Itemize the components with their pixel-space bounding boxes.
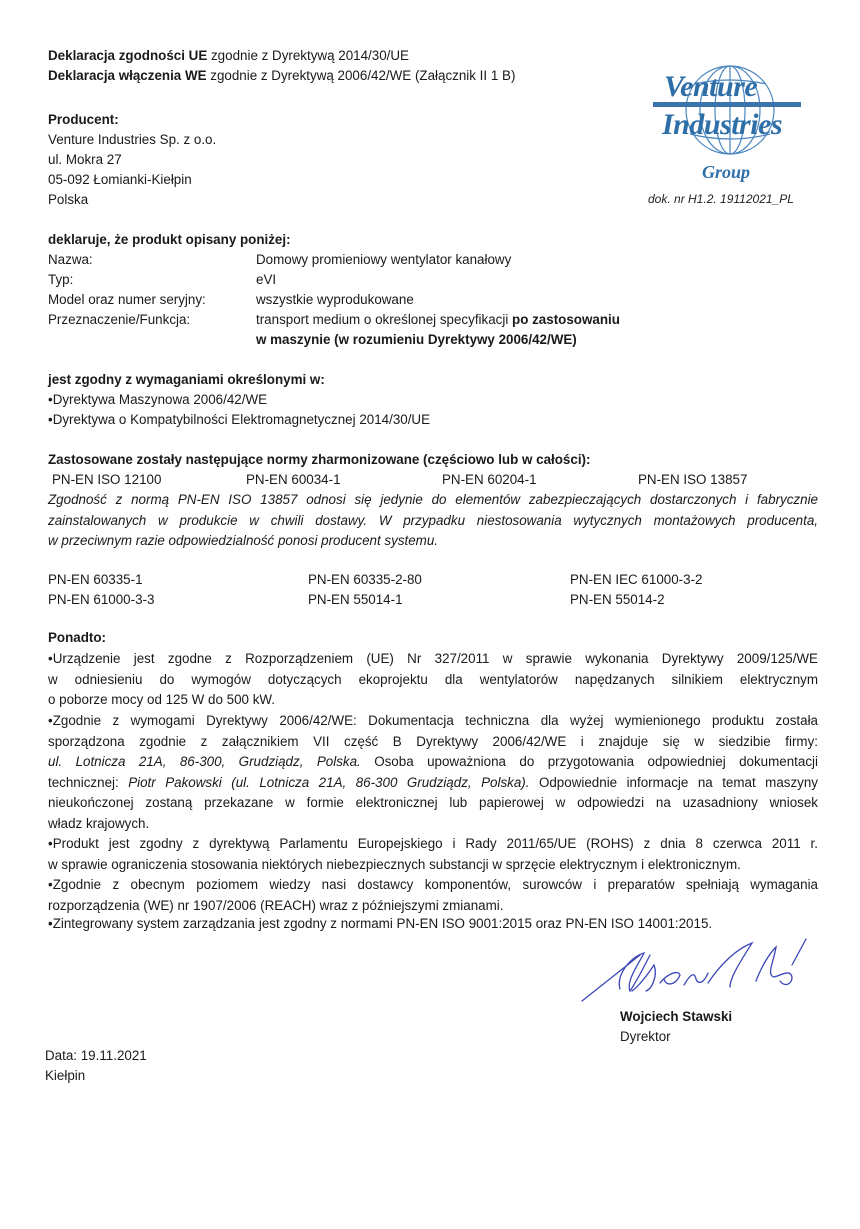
standard-60335-1: PN-EN 60335-1 <box>48 570 143 590</box>
standards-note-line: zainstalowanych w produkcie w chwili dos… <box>48 511 818 532</box>
standard-55014-1: PN-EN 55014-1 <box>308 590 403 610</box>
logo-word-venture: Venture <box>664 70 757 104</box>
paragraph-line: sporządzona zgodnie z załącznikiem VII c… <box>48 732 818 753</box>
standard-60335-2-80: PN-EN 60335-2-80 <box>308 570 422 590</box>
paragraph-line: ul. Lotnicza 21A, 86-300, Grudziądz, Pol… <box>48 752 818 773</box>
producer-name: Venture Industries Sp. z o.o. <box>48 130 216 150</box>
rohs-paragraph: •Produkt jest zgodny z dyrektywą Parlame… <box>48 834 818 875</box>
standard-60204-1: PN-EN 60204-1 <box>442 470 537 490</box>
company-logo: Venture Industries Group <box>650 62 810 192</box>
declaration-title-we-bold: Deklaracja włączenia WE <box>48 68 207 83</box>
producer-city: 05-092 Łomianki-Kiełpin <box>48 170 192 190</box>
declaration-title-eu-bold: Deklaracja zgodności UE <box>48 48 207 63</box>
compliance-heading: jest zgodny z wymaganiami określonymi w: <box>48 370 325 390</box>
paragraph-text: Osoba upoważniona do przygotowania odpow… <box>361 754 818 769</box>
declaration-title-eu-rest: zgodnie z Dyrektywą 2014/30/UE <box>207 48 409 63</box>
producer-country: Polska <box>48 190 88 210</box>
additional-heading: Ponadto: <box>48 628 106 648</box>
paragraph-line: rozporządzenia (WE) nr 1907/2006 (REACH)… <box>48 896 818 917</box>
field-label-type: Typ: <box>48 270 73 290</box>
field-value-name: Domowy promieniowy wentylator kanałowy <box>256 250 511 270</box>
product-heading: deklaruje, że produkt opisany poniżej: <box>48 230 291 250</box>
document-place: Kiełpin <box>45 1066 85 1086</box>
standard-iso-12100: PN-EN ISO 12100 <box>52 470 161 490</box>
paragraph-line: w odniesieniu do wymogów dotyczących eko… <box>48 670 818 691</box>
producer-street: ul. Mokra 27 <box>48 150 122 170</box>
compliance-item-machinery: •Dyrektywa Maszynowa 2006/42/WE <box>48 390 267 410</box>
paragraph-line: nieukończonej zostaną przekazane w formi… <box>48 793 818 814</box>
standard-iec-61000-3-2: PN-EN IEC 61000-3-2 <box>570 570 702 590</box>
paragraph-line: w sprawie ograniczenia stosowania niektó… <box>48 855 818 876</box>
paragraph-text: Odpowiednie informacje na temat maszyny <box>529 775 818 790</box>
technical-documentation-paragraph: •Zgodnie z wymogami Dyrektywy 2006/42/WE… <box>48 711 818 834</box>
iso-management-paragraph: •Zintegrowany system zarządzania jest zg… <box>48 914 712 934</box>
signatory-name: Wojciech Stawski <box>620 1007 732 1027</box>
producer-heading: Producent: <box>48 110 119 130</box>
declaration-title-eu: Deklaracja zgodności UE zgodnie z Dyrekt… <box>48 46 409 66</box>
document-date: Data: 19.11.2021 <box>45 1046 147 1066</box>
paragraph-line: •Produkt jest zgodny z dyrektywą Parlame… <box>48 834 818 855</box>
declaration-title-we-rest: zgodnie z Dyrektywą 2006/42/WE (Załączni… <box>207 68 516 83</box>
standard-55014-2: PN-EN 55014-2 <box>570 590 665 610</box>
authorized-person: Piotr Pakowski (ul. Lotnicza 21A, 86-300… <box>128 775 529 790</box>
field-value-type: eVI <box>256 270 276 290</box>
field-value-model: wszystkie wyprodukowane <box>256 290 414 310</box>
compliance-item-emc: •Dyrektywa o Kompatybilności Elektromagn… <box>48 410 430 430</box>
paragraph-line: •Urządzenie jest zgodne z Rozporządzenie… <box>48 649 818 670</box>
standard-60034-1: PN-EN 60034-1 <box>246 470 341 490</box>
field-label-name: Nazwa: <box>48 250 93 270</box>
paragraph-line: technicznej: Piotr Pakowski (ul. Lotnicz… <box>48 773 818 794</box>
declaration-title-we: Deklaracja włączenia WE zgodnie z Dyrekt… <box>48 66 515 86</box>
field-value-purpose-line2: w maszynie (w rozumieniu Dyrektywy 2006/… <box>256 330 577 350</box>
standards-note: Zgodność z normą PN-EN ISO 13857 odnosi … <box>48 490 818 552</box>
logo-word-industries: Industries <box>662 108 782 142</box>
paragraph-text: technicznej: <box>48 775 128 790</box>
reach-paragraph: •Zgodnie z obecnym poziomem wiedzy nasi … <box>48 875 818 916</box>
standards-heading: Zastosowane zostały następujące normy zh… <box>48 450 590 470</box>
document-number: dok. nr H1.2. 19112021_PL <box>648 192 794 206</box>
field-label-purpose: Przeznaczenie/Funkcja: <box>48 310 190 330</box>
standard-iso-13857: PN-EN ISO 13857 <box>638 470 747 490</box>
purpose-text: transport medium o określonej specyfikac… <box>256 312 512 327</box>
paragraph-line: •Zgodnie z wymogami Dyrektywy 2006/42/WE… <box>48 711 818 732</box>
standards-note-line: w przeciwnym razie odpowiedzialność pono… <box>48 531 818 552</box>
ecodesign-paragraph: •Urządzenie jest zgodne z Rozporządzenie… <box>48 649 818 711</box>
signature-icon <box>580 935 820 1005</box>
field-value-purpose: transport medium o określonej specyfikac… <box>256 310 620 330</box>
paragraph-line: władz krajowych. <box>48 814 818 835</box>
standard-61000-3-3: PN-EN 61000-3-3 <box>48 590 154 610</box>
logo-word-group: Group <box>702 162 750 183</box>
field-label-model: Model oraz numer seryjny: <box>48 290 206 310</box>
purpose-text-bold: po zastosowaniu <box>512 312 620 327</box>
standards-note-line: Zgodność z normą PN-EN ISO 13857 odnosi … <box>48 490 818 511</box>
paragraph-line: o poborze mocy od 125 W do 500 kW. <box>48 690 818 711</box>
documentation-address: ul. Lotnicza 21A, 86-300, Grudziądz, Pol… <box>48 754 361 769</box>
signatory-title: Dyrektor <box>620 1027 671 1047</box>
paragraph-line: •Zgodnie z obecnym poziomem wiedzy nasi … <box>48 875 818 896</box>
logo-bar <box>653 102 801 107</box>
